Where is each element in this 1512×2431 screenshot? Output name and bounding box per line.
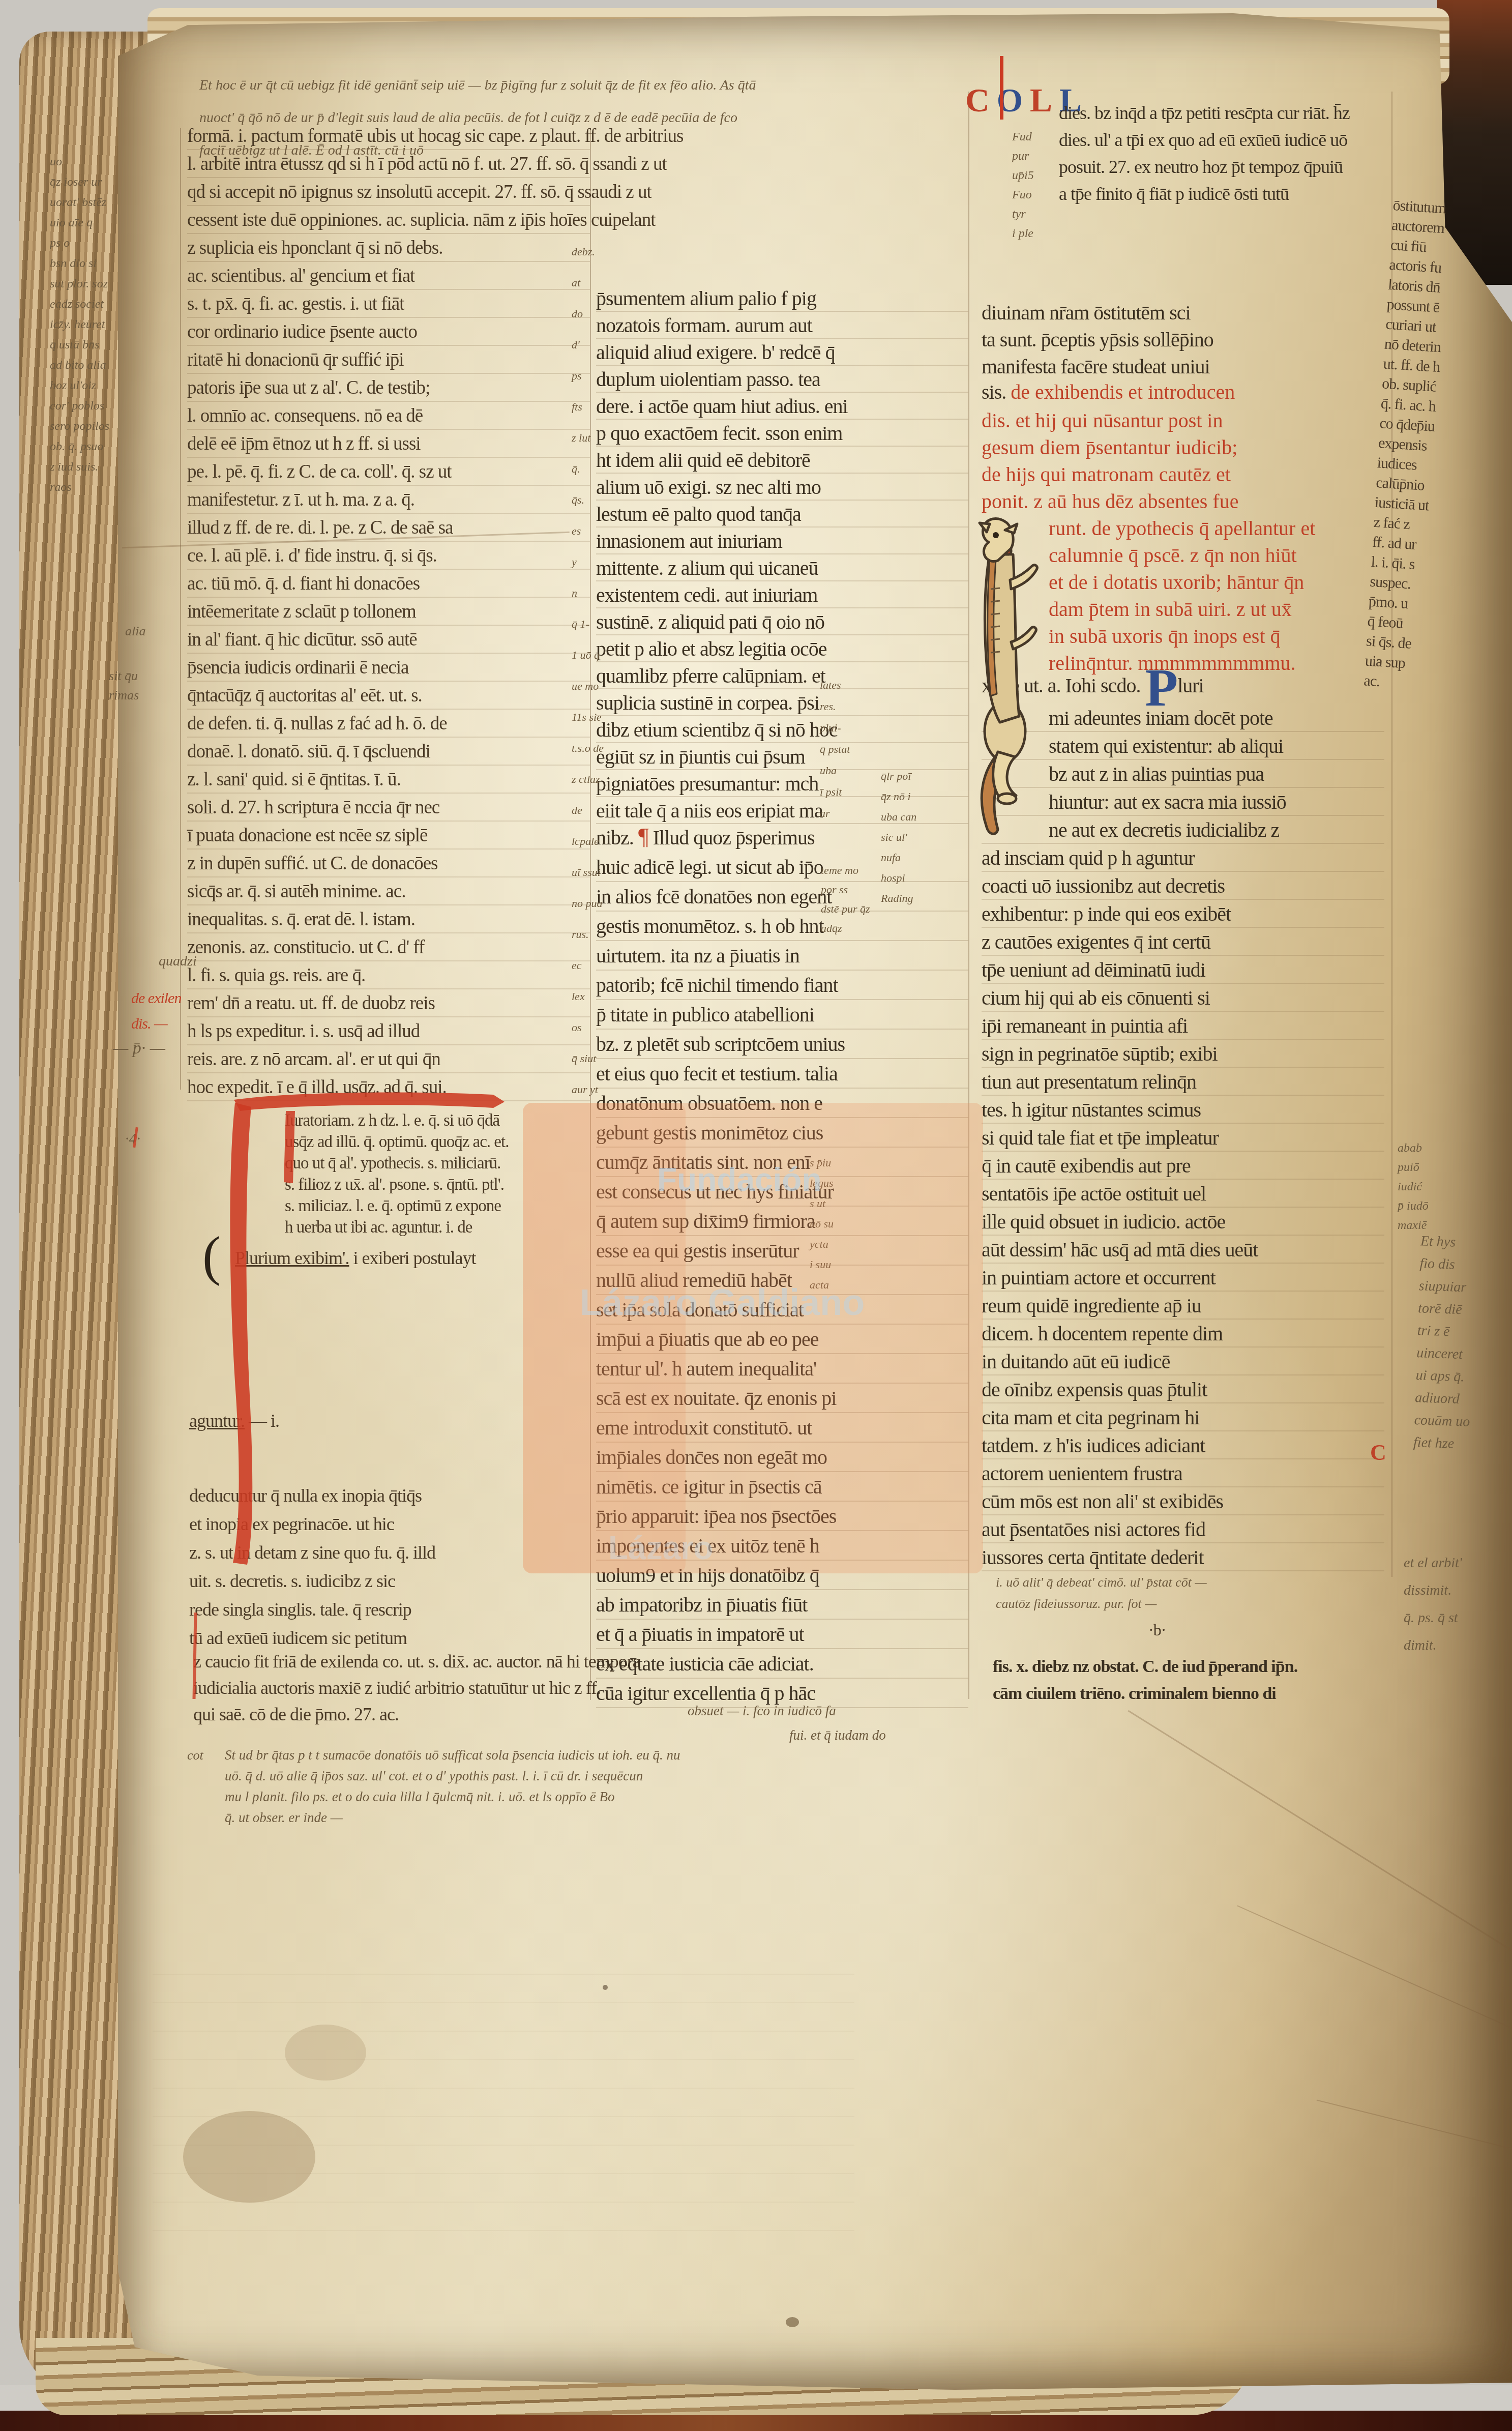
manuscript-text-line: manifestetur. z ī. ut h. ma. z a. q̄. bbox=[187, 486, 590, 514]
right-column-intro: dies. bz inq̄d a tp̄z petiti resc̄pta cu… bbox=[1059, 100, 1350, 208]
right-column-bottom-lines: fis. x. diebz nz obstat. C. de iud p̄per… bbox=[993, 1653, 1297, 1707]
manuscript-text-line: formā. i. pactum formatē ubis ut hocag s… bbox=[187, 122, 590, 150]
manuscript-text-line: q̄. bbox=[572, 453, 604, 484]
manuscript-text-line: s p̄iu bbox=[810, 1153, 834, 1173]
manuscript-text-line: reum quidē ingrediente ap̄ iu bbox=[982, 1292, 1384, 1320]
manuscript-text-line: diuinam nr̄am ōstitutēm sci bbox=[982, 299, 1384, 326]
manuscript-text-line: si quid tale fiat et tp̄e impleatur bbox=[982, 1124, 1384, 1152]
manuscript-text-line: patorib; fcē nichil timendo fiant bbox=[596, 971, 968, 1000]
manuscript-text-line: i suu bbox=[810, 1254, 834, 1275]
manuscript-text-line: tatdem. z h'is iudices adiciant bbox=[982, 1431, 1384, 1459]
manuscript-text-line: coacti uō iussionibz aut decretis bbox=[982, 872, 1384, 900]
manuscript-text-line: lex bbox=[572, 981, 604, 1012]
b-mark: ·b· bbox=[1148, 1621, 1166, 1639]
manuscript-text-line: uo bbox=[50, 152, 109, 172]
manuscript-text-line: abab bbox=[1398, 1138, 1429, 1158]
manuscript-text-line: nullū aliud remediū habēt bbox=[596, 1266, 968, 1295]
left-margin-gloss-cluster: uoq̄z ioser uruorat' bstēzuio aīe q̄ps o… bbox=[50, 152, 109, 497]
manuscript-text-line: z in dupēn suffić. ut C. de donacōes bbox=[187, 850, 590, 877]
manuscript-text-line: ob. suplić bbox=[1381, 373, 1439, 397]
manuscript-text-line: do bbox=[572, 298, 604, 329]
manuscript-text-line: bsn dio si bbox=[50, 253, 109, 274]
manuscript-text-line: imp̄iales donc̄es non egeāt mo bbox=[596, 1443, 968, 1472]
manuscript-text-line: actoris fu bbox=[1388, 255, 1446, 278]
manuscript-text-line: aliquid aliud exigere. b' redcē q̄ bbox=[596, 339, 968, 366]
left-margin-red-note: de exilendis. — bbox=[131, 986, 181, 1037]
manuscript-text-line: in puintiam actore et occurrent bbox=[982, 1264, 1384, 1292]
ink-bracket: ( bbox=[202, 1225, 220, 1288]
manuscript-text-line: es bbox=[572, 515, 604, 546]
manuscript-text-line: nō deterin bbox=[1384, 334, 1442, 357]
manuscript-text-line: rimas bbox=[109, 686, 139, 705]
manuscript-text-line: at bbox=[572, 267, 604, 298]
manuscript-text-line: nufa bbox=[881, 847, 916, 868]
manuscript-text-line: iudić bbox=[1398, 1177, 1429, 1196]
manuscript-text-line: de bbox=[572, 795, 604, 826]
manuscript-text-line: ac. tiū mō. q̄. d. fiant hi donacōes bbox=[187, 570, 590, 598]
manuscript-text-line: donaē. l. donatō. siū. q̄. ī q̄scluendi bbox=[187, 738, 590, 766]
manuscript-text-line: de hijs qui matronam cautēz et bbox=[982, 461, 1384, 488]
manuscript-text-line: manifesta facēre studeat uniui bbox=[982, 353, 1384, 380]
manuscript-text-line: ille quid obsuet in iudicio. actōe bbox=[982, 1208, 1384, 1236]
manuscript-text-line: est consecus ut nec hys finiatur bbox=[596, 1177, 968, 1207]
manuscript-text-line: uia sup bbox=[1365, 651, 1422, 674]
manuscript-text-line: de exilen bbox=[131, 986, 181, 1011]
ink-showthrough bbox=[153, 1974, 854, 2259]
manuscript-text-line: p̄rio apparuit: ip̄ea nos p̄sectōes bbox=[596, 1502, 968, 1531]
red-bracket bbox=[224, 1087, 529, 1575]
manuscript-text-line: cūa igitur excellentia q̄ p hāc bbox=[596, 1679, 968, 1708]
manuscript-text-line: p̄mo. u bbox=[1368, 592, 1426, 615]
manuscript-text-line: p̄sumentem alium palio f pig bbox=[596, 285, 968, 312]
manuscript-text-line: ps o bbox=[50, 233, 109, 253]
manuscript-text-line: et q̄ a p̄iuatis in impatorē ut bbox=[596, 1620, 968, 1649]
manuscript-text-line: ff. ad ur bbox=[1372, 532, 1430, 555]
manuscript-text-line: ad bito alia bbox=[50, 355, 109, 375]
manuscript-text-line: fio dis bbox=[1419, 1252, 1476, 1277]
manuscript-text-line: ec bbox=[572, 950, 604, 981]
manuscript-text-line: ex eq̄tate iusticia cāe adiciat. bbox=[596, 1649, 968, 1679]
manuscript-text-line: cessent iste duē oppiniones. ac. suplici… bbox=[187, 206, 590, 234]
manuscript-text-line: sic ul' bbox=[881, 827, 916, 847]
manuscript-text-line: ī psit bbox=[820, 781, 850, 803]
manuscript-text-line: existentem cedi. aut iniuriam bbox=[596, 581, 968, 608]
manuscript-text-line: sut plor. soz bbox=[50, 274, 109, 294]
manuscript-text-line: dicem. h docentem repente dim bbox=[982, 1320, 1384, 1348]
manuscript-text-line: eme introduxit constitutō. ut bbox=[596, 1413, 968, 1443]
manuscript-text-line: fiet hze bbox=[1413, 1431, 1469, 1456]
manuscript-text-line: ponit. z aū hus dēz absentes fue bbox=[982, 488, 1384, 515]
manuscript-text-line: q̄. fi. ac. h bbox=[1380, 393, 1438, 417]
manuscript-text-line: 1 uō q̄ bbox=[572, 639, 604, 670]
manuscript-text-line: uirtutem. ita nz a p̄iuatis in bbox=[596, 941, 968, 971]
manuscript-text-line: auctorem bbox=[1391, 215, 1449, 239]
manuscript-text-line: up̄i5 bbox=[1012, 166, 1034, 185]
manuscript-text-line: dis. — bbox=[131, 1011, 181, 1037]
manuscript-text-line: q̄ ustā bn̄s bbox=[50, 335, 109, 355]
manuscript-text-line: si q̄s. de bbox=[1366, 631, 1424, 654]
manuscript-text-line: l. i. q̄i. s bbox=[1371, 552, 1429, 575]
manuscript-text-line: alium uō exigi. sz nec alti mo bbox=[596, 474, 968, 501]
bottom-wide-lines: z caucio fit friā de exilenda co. ut. s.… bbox=[193, 1648, 640, 1727]
manuscript-text-line: q̄z nō i bbox=[881, 786, 916, 807]
manuscript-text-line: gestis monumētoz. s. h ob hnt bbox=[596, 912, 968, 941]
bottom-gloss-block: St ud br q̄tas p t t sumacōe donatōis uō… bbox=[225, 1745, 680, 1828]
manuscript-text-line: i. uō alit' q̄ debeat' cimō. ul' p̄stat … bbox=[996, 1572, 1207, 1593]
manuscript-text-line: s ut bbox=[810, 1193, 834, 1214]
manuscript-text-line: cita mam et cita pegrinam hi bbox=[982, 1403, 1384, 1431]
left-text-column: formā. i. pactum formatē ubis ut hocag s… bbox=[187, 122, 590, 1101]
manuscript-text-line: ycta bbox=[810, 1234, 834, 1254]
manuscript-text-line: ī puata donacione est ncēe sz siplē bbox=[187, 822, 590, 850]
manuscript-text-line: q̄lr poī bbox=[881, 766, 916, 786]
left-margin-monogram: — p̄· — bbox=[113, 1039, 165, 1058]
manuscript-text-line: imp̄ui a p̄iuatis que ab eo pee bbox=[596, 1325, 968, 1354]
manuscript-text-line: tyr bbox=[1012, 204, 1034, 224]
manuscript-text-line: sit q̄u bbox=[109, 666, 139, 686]
manuscript-text-line: tes. h igitur nūstantes scimus bbox=[982, 1096, 1384, 1124]
manuscript-text-line: lcpale bbox=[572, 826, 604, 857]
manuscript-text-line: cautōz fideiussoruz. pur. fot — bbox=[996, 1593, 1207, 1615]
manuscript-text-line: q̄ 1- bbox=[572, 608, 604, 639]
manuscript-text-line: debz. bbox=[572, 236, 604, 267]
manuscript-text-line: illud z ff. de re. di. l. pe. z C. de sa… bbox=[187, 514, 590, 542]
manuscript-text-line: inequalitas. s. q̄. erat dē. l. istam. bbox=[187, 905, 590, 933]
manuscript-text-line: adq̄z bbox=[821, 919, 870, 938]
red-pilcrow: ¶ bbox=[638, 824, 648, 850]
manuscript-text-line: q̄z ioser ur bbox=[50, 172, 109, 192]
manuscript-text-line: q̄ pstat bbox=[820, 739, 850, 760]
manuscript-text-line: h ls ps expeditur. i. s. usq̄ ad illud bbox=[187, 1017, 590, 1045]
manuscript-text-line: ip̄i remaneant in puintia afi bbox=[982, 1012, 1384, 1040]
manuscript-text-line: p̄ iudō bbox=[1398, 1196, 1429, 1216]
manuscript-text-line: q̄ siut bbox=[572, 1043, 604, 1074]
left-margin-note-sit: sit q̄urimas bbox=[109, 666, 139, 705]
manuscript-text-line: raos bbox=[50, 477, 109, 497]
manuscript-text-line: sentatōis ip̄e actōe ostituit uel bbox=[982, 1180, 1384, 1208]
manuscript-text-line: et el arbit' bbox=[1404, 1549, 1462, 1577]
manuscript-text-line: l. arbitē intra ētussz qd si h ī pōd act… bbox=[187, 150, 590, 178]
manuscript-text-line: iudicialia auctoris maxiē z iudić arbitr… bbox=[193, 1675, 640, 1701]
manuscript-text-line: uō su bbox=[810, 1214, 834, 1234]
manuscript-text-line: cor' poblos bbox=[50, 396, 109, 416]
manuscript-text-line: s. t. px̄. q̄. fi. ac. gestis. i. ut fiā… bbox=[187, 290, 590, 318]
gutter-gloss-cluster: q̄lr poīq̄z nō iuba cansic ul'nufahospiR… bbox=[881, 766, 916, 909]
manuscript-text-line: innasionem aut iniuriam bbox=[596, 528, 968, 554]
middle-text-column-rest: huic adicē legi. ut sicut ab ip̄oin alio… bbox=[596, 853, 968, 1708]
manuscript-text-line: Fud bbox=[1012, 127, 1034, 147]
manuscript-text-line: q̄ autem sup dix̄im9 firmiora bbox=[596, 1207, 968, 1236]
manuscript-text-line: adiuord bbox=[1414, 1387, 1471, 1411]
manuscript-text-line: pur bbox=[1012, 147, 1034, 166]
manuscript-text-line: nimētis. ce igitur in p̄sectis cā bbox=[596, 1472, 968, 1502]
manuscript-text-line: uolum9 et in hijs donatōibz q̄ bbox=[596, 1561, 968, 1590]
manuscript-text-line: uinceret bbox=[1416, 1342, 1472, 1366]
manuscript-text-line: dibz etium scientibz q̄ si nō hoc bbox=[596, 716, 968, 743]
manuscript-text-line: calūp̄nio bbox=[1375, 473, 1433, 496]
manuscript-text-line: icz̄y. heuret bbox=[50, 314, 109, 335]
manuscript-text-line: siupuiar bbox=[1418, 1275, 1475, 1299]
manuscript-text-line: latoris dn̄ bbox=[1387, 275, 1445, 298]
manuscript-text-line: hoz ul'oiz bbox=[50, 375, 109, 396]
manuscript-text-line: sustinē. z aliquid pati q̄ oio nō bbox=[596, 608, 968, 635]
manuscript-text-line: couām uo bbox=[1414, 1409, 1470, 1433]
manuscript-text-line: uba bbox=[820, 760, 850, 781]
column-rule bbox=[968, 92, 969, 1699]
manuscript-text-line: q̄ in cautē exibendis aut pre bbox=[982, 1152, 1384, 1180]
line-text: luri bbox=[1177, 674, 1204, 697]
manuscript-text-line: uī ssui bbox=[572, 857, 604, 888]
manuscript-text-line: l. fi. s. quia gs. reis. are q̄. bbox=[187, 961, 590, 989]
manuscript-text-line: lestum eē palto quod tanq̄a bbox=[596, 501, 968, 528]
manuscript-text-line: St ud br q̄tas p t t sumacōe donatōis uō… bbox=[225, 1745, 680, 1766]
manuscript-text-line: Rading bbox=[881, 888, 916, 909]
manuscript-text-line: teme mo bbox=[821, 861, 870, 880]
manuscript-text-line: gesum diem p̄sentantur iudicib; bbox=[982, 434, 1384, 461]
manuscript-text-line: a tp̄e finito q̄ fiāt p iudicē ōsti tutū bbox=[1059, 181, 1350, 208]
manuscript-text-line: legus bbox=[810, 1173, 834, 1193]
manuscript-text-line: z ctlaz bbox=[572, 764, 604, 795]
gutter-gloss-cluster: teme mopor ssdstē pur q̄zadq̄z bbox=[821, 861, 870, 938]
manuscript-text-line: l. omnīo ac. consequens. nō ea dē bbox=[187, 402, 590, 430]
manuscript-text-line: ab impatoribz in p̄iuatis fiūt bbox=[596, 1590, 968, 1620]
column-rule bbox=[180, 128, 181, 1090]
manuscript-text-line: pe. l. pē. q̄. fi. z C. de ca. coll'. q̄… bbox=[187, 458, 590, 486]
header-red-stroke bbox=[1000, 56, 1003, 120]
manuscript-text-line: iudices bbox=[1377, 453, 1435, 476]
manuscript-text-line: tiun aut presentatum relinq̄n bbox=[982, 1068, 1384, 1096]
manuscript-text-line: ce. l. aū plē. i. d' fide instru. q̄. si… bbox=[187, 542, 590, 570]
manuscript-text-line: delē eē ip̄m ētnoz ut h z ff. si ussi bbox=[187, 430, 590, 458]
manuscript-text-line: ut. ff. de h bbox=[1383, 354, 1441, 377]
manuscript-text-line: actorem uenientem frustra bbox=[982, 1459, 1384, 1487]
manuscript-text-line: cūm mōs est non ali' st exibidēs bbox=[982, 1487, 1384, 1515]
manuscript-text-line: por ss bbox=[821, 880, 870, 899]
right-margin-notes: et el arbit'dissimit.q̄. ps. q̄ stdimit. bbox=[1404, 1549, 1462, 1659]
rubric-start-line: sis. de exhibendis et introducen bbox=[982, 380, 1235, 404]
manuscript-text-line: cor ordinario iudice p̄sente aucto bbox=[187, 318, 590, 346]
manuscript-text-line: uorat' bstēz bbox=[50, 192, 109, 213]
manuscript-text-line: patoris ip̄e sua ut z al'. C. de testib; bbox=[187, 374, 590, 402]
manuscript-text-line: q̄ feoū bbox=[1367, 611, 1425, 634]
manuscript-text-line: ac. scientibus. al' gencium et fiat bbox=[187, 262, 590, 290]
manuscript-text-line: sign in pegrinatōe sūptib; exibi bbox=[982, 1040, 1384, 1068]
cot-mark: cot bbox=[187, 1748, 203, 1763]
manuscript-text-line: ht idem alii quid eē debitorē bbox=[596, 447, 968, 474]
manuscript-text-line: p quo exactōem fecit. sson enim bbox=[596, 420, 968, 447]
manuscript-text-line: d' bbox=[572, 329, 604, 360]
manuscript-text-line: ōstitutum bbox=[1392, 195, 1450, 219]
manuscript-text-line: torē diē bbox=[1418, 1297, 1474, 1322]
manuscript-text-line: i ple bbox=[1012, 224, 1034, 243]
manuscript-text-line: Fuo bbox=[1012, 185, 1034, 204]
manuscript-text-line: in al' fiant. q̄ hic dicūtur. ssō autē bbox=[187, 626, 590, 654]
manuscript-text-line: rem' dn̄ a reatu. ut. ff. de duobz reis bbox=[187, 989, 590, 1017]
manuscript-text-line: petit p alio et absz legitia ocōe bbox=[596, 635, 968, 662]
manuscript-text-line: ps bbox=[572, 360, 604, 391]
manuscript-text-line: rede singla singlis. tale. q̄ rescrip bbox=[189, 1595, 435, 1624]
manuscript-text-line: iussores certa q̄ntitate dederit bbox=[982, 1543, 1384, 1571]
right-margin-gloss-cluster: ababpuiōiudićp̄ iudōmaxiē bbox=[1398, 1138, 1429, 1235]
gutter-gloss-cluster: s p̄iuleguss utuō suyctai suuacta bbox=[810, 1153, 834, 1295]
manuscript-text-line: z suplicia eis hponclant q̄ si nō debs. bbox=[187, 234, 590, 262]
manuscript-text-line: ob. q̄. psuo bbox=[50, 436, 109, 457]
manuscript-text-line: ac. bbox=[1363, 670, 1421, 694]
manuscript-text-line: co q̄dep̄iu bbox=[1379, 413, 1437, 436]
manuscript-text-line: imponentes ei ex uitōz tenē h bbox=[596, 1531, 968, 1561]
manuscript-text-line: acta bbox=[810, 1275, 834, 1295]
manuscript-text-line: rus. bbox=[572, 919, 604, 950]
manuscript-text-line: z lut bbox=[572, 422, 604, 453]
manuscript-text-line: mu l planit. filo ps. et o do cuia lilla… bbox=[225, 1786, 680, 1807]
manuscript-text-line: Et hys bbox=[1420, 1230, 1476, 1254]
manuscript-text-line: lates bbox=[820, 675, 850, 696]
manuscript-text-line: ta sunt. p̄ceptis yp̄sis sollēp̄ino bbox=[982, 326, 1384, 353]
line-text: Illud quoz p̄sperimus bbox=[648, 826, 815, 849]
manuscript-text-line: res. bbox=[820, 696, 850, 717]
manuscript-text-line: mittente. z alium qui uicaneū bbox=[596, 554, 968, 581]
manuscript-text-line: expensis bbox=[1378, 433, 1436, 456]
red-paragraph-mark: C bbox=[1370, 1440, 1386, 1466]
rubric-text: de exhibendis et introducen bbox=[1011, 380, 1235, 403]
manuscript-text-line: 11s sie bbox=[572, 701, 604, 733]
manuscript-text-line: n bbox=[572, 577, 604, 608]
manuscript-text-line: suplicia sustinē in corpea. p̄si bbox=[596, 689, 968, 716]
manuscript-text-line: qd si accepit nō ipignus sz insolutū acc… bbox=[187, 178, 590, 206]
manuscript-text-line: ritatē hi donacionū q̄r suffić ip̄i bbox=[187, 346, 590, 374]
manuscript-text-line: sero popilos bbox=[50, 416, 109, 436]
manuscript-text-line: ar bbox=[820, 803, 850, 824]
manuscript-text-line: quamlibz pferre calūpniam. et bbox=[596, 662, 968, 689]
manuscript-text-line: intēemeritate z sclaūt p tollonem bbox=[187, 598, 590, 626]
manuscript-text-line: uba can bbox=[881, 807, 916, 827]
manuscript-text-line: ue mo bbox=[572, 670, 604, 701]
manuscript-text-line: aur yt bbox=[572, 1074, 604, 1105]
manuscript-text-line: eadz societ bbox=[50, 294, 109, 314]
manuscript-text-line: possunt ē bbox=[1386, 295, 1444, 318]
manuscript-text-line: os bbox=[572, 1012, 604, 1043]
manuscript-text-line: qui saē. cō de die p̄mo. 27. ac. bbox=[193, 1701, 640, 1727]
manuscript-text-line: uio aīe q̄ bbox=[50, 213, 109, 233]
manuscript-text-line: q̄. ps. q̄ st bbox=[1404, 1604, 1462, 1632]
dog-drollery-figure bbox=[964, 513, 1052, 842]
manuscript-text-line: dere. i actōe quam hiut adius. eni bbox=[596, 393, 968, 420]
manuscript-text-line: z. l. sani' quid. si ē q̄ntitas. ī. ū. bbox=[187, 766, 590, 794]
manuscript-text-line: dissimit. bbox=[1404, 1577, 1462, 1604]
manuscript-text-line: duplum uiolentiam passo. tea bbox=[596, 366, 968, 393]
manuscript-text-line: q̄s. bbox=[572, 484, 604, 515]
middle-column-pilcrow-line: nibz. ¶ Illud quoz p̄sperimus bbox=[596, 823, 814, 850]
gutter-gloss-cluster: latesres.plui-q̄ pstatubaī psitar bbox=[820, 675, 850, 824]
manuscript-text-line: curiari ut bbox=[1385, 314, 1443, 338]
manuscript-text-line: de oīnibz expensis quas p̄tulit bbox=[982, 1375, 1384, 1403]
manuscript-text-line: q̄ntacūq̄z q̄ auctoritas al' eēt. ut. s. bbox=[187, 682, 590, 710]
manuscript-text-line: esse ea qui gestis inserūtur bbox=[596, 1236, 968, 1266]
manuscript-text-line: iusticiā ut bbox=[1374, 492, 1432, 516]
manuscript-text-line: et eius quo fecit et testium. talia bbox=[596, 1059, 968, 1089]
middle-text-column-top: p̄sumentem alium palio f pignozatois for… bbox=[596, 285, 968, 824]
manuscript-text-line: reis. are. z nō arcam. al'. er ut qui q̄… bbox=[187, 1045, 590, 1073]
manuscript-text-line: aut p̄sentatōes nisi actores fid bbox=[982, 1515, 1384, 1543]
manuscript-text-line: plui- bbox=[820, 717, 850, 739]
manuscript-text-line: z cautōes exigentes q̄ int certū bbox=[982, 928, 1384, 956]
parchment-speck bbox=[786, 2317, 799, 2327]
manuscript-text-line: cium hij qui ab eis cōnuenti si bbox=[982, 984, 1384, 1012]
manuscript-text-line: posuit. 27. ex neutro hoz p̄t tempoz q̄p… bbox=[1059, 154, 1350, 181]
manuscript-text-line: zenonis. az. constitucio. ut C. d' ff bbox=[187, 933, 590, 961]
manuscript-text-line: z fać z bbox=[1373, 512, 1431, 536]
manuscript-text-line: hospi bbox=[881, 868, 916, 888]
manuscript-text-line: uō. q̄ d. uō alie q̄ ip̄os saz. ul' cot.… bbox=[225, 1766, 680, 1786]
manuscript-text-line: dstē pur q̄z bbox=[821, 899, 870, 919]
manuscript-text-line: tri z ē bbox=[1417, 1320, 1473, 1344]
manuscript-text-line: de defen. ti. q̄. nullas z fać ad h. ō. … bbox=[187, 710, 590, 738]
manuscript-text-line: t.s.o de bbox=[572, 733, 604, 764]
manuscript-text-line: ui aps q̄. bbox=[1415, 1364, 1472, 1389]
manuscript-text-line: dies. ul' a tp̄i ex quo ad eū exūeū iudi… bbox=[1059, 127, 1350, 154]
manuscript-text-line: z caucio fit friā de exilenda co. ut. s.… bbox=[193, 1648, 640, 1675]
manuscript-text-line: y bbox=[572, 546, 604, 577]
manuscript-text-line: p̄ titate in publico atabellioni bbox=[596, 1000, 968, 1030]
bottom-cursive-note: fui. et q̄ iudam do bbox=[789, 1727, 886, 1743]
manuscript-text-line: nozatois formam. aurum aut bbox=[596, 312, 968, 339]
manuscript-photo: COLL Et hoc ē ur q̄t cū uebigz fit idē g… bbox=[0, 0, 1512, 2431]
manuscript-text-line: bz. z pletēt sub scriptcōem unius bbox=[596, 1030, 968, 1059]
manuscript-text-line: Et hoc ē ur q̄t cū uebigz fit idē geniān… bbox=[199, 69, 756, 102]
header-letter: L bbox=[1030, 82, 1059, 119]
manuscript-text-line: scā est ex nouitate. q̄z enonis pi bbox=[596, 1384, 968, 1413]
manuscript-text-line: suspec. bbox=[1369, 572, 1427, 595]
manuscript-text-line: tp̄e ueniunt ad dēiminatū iudi bbox=[982, 956, 1384, 984]
manuscript-text-line: fis. x. diebz nz obstat. C. de iud p̄per… bbox=[993, 1653, 1297, 1680]
manuscript-text-line: no pua bbox=[572, 888, 604, 919]
left-margin-note-quadri: quadzi bbox=[159, 953, 197, 970]
manuscript-text-line: dies. bz inq̄d a tp̄z petiti resc̄pta cu… bbox=[1059, 100, 1350, 127]
manuscript-text-line: donatōnum obsuatōem. non e bbox=[596, 1089, 968, 1118]
right-column-cursive-addition: i. uō alit' q̄ debeat' cimō. ul' p̄stat … bbox=[996, 1572, 1207, 1615]
gutter-gloss-cluster: Fudpurup̄i5Fuotyri ple bbox=[1012, 127, 1034, 243]
manuscript-text-line: soli. d. 27. h scriptura ē nccia q̄r nec bbox=[187, 794, 590, 822]
manuscript-text-line: cumq̄z āntitatis sint. non enī bbox=[596, 1148, 968, 1177]
manuscript-text-line: exhibentur: p inde qui eos exibēt bbox=[982, 900, 1384, 928]
manuscript-text-line: gebunt gestis monimētoz cius bbox=[596, 1118, 968, 1148]
manuscript-text-line: in duitando aūt eū iudicē bbox=[982, 1348, 1384, 1375]
manuscript-text-line: puiō bbox=[1398, 1158, 1429, 1177]
manuscript-text-line: sicq̄s ar. q̄. si autēh minime. ac. bbox=[187, 877, 590, 905]
line-text: sis. bbox=[982, 380, 1011, 403]
manuscript-text-line: set ip̄a sola donatō sufficiat bbox=[596, 1295, 968, 1325]
manuscript-text-line: cui fiū bbox=[1390, 235, 1448, 258]
manuscript-text-line: q̄. ut obser. er inde — bbox=[225, 1807, 680, 1828]
manuscript-text-line: fts bbox=[572, 391, 604, 422]
manuscript-text-line: aūt dessim' hāc usq̄ ad mtā dies ueūt bbox=[982, 1236, 1384, 1264]
manuscript-text-line: z iud suis. bbox=[50, 457, 109, 477]
header-letter: C bbox=[965, 82, 997, 119]
manuscript-text-line: dimit. bbox=[1404, 1632, 1462, 1659]
right-margin-ethys-column: Et hysfio dissiupuiartorē diētri z ēuinc… bbox=[1413, 1230, 1476, 1456]
manuscript-text-line: p̄sencia iudicis ordinarii ē necia bbox=[187, 654, 590, 682]
right-text-column-top: diuinam nr̄am ōstitutēm scita sunt. p̄ce… bbox=[982, 299, 1384, 380]
manuscript-text-line: ad insciam quid p h aguntur bbox=[982, 844, 1384, 872]
manuscript-text-line: tentur ul'. h autem inequalita' bbox=[596, 1354, 968, 1384]
manuscript-text-line: dis. et hij qui nūsantur post in bbox=[982, 407, 1384, 434]
manuscript-text-line: cām ciuilem triēno. criminalem bienno di bbox=[993, 1680, 1297, 1707]
gutter-gloss-strip: debz.atdod'psftsz lutq̄.q̄s.esynq̄ 1-1 u… bbox=[572, 236, 604, 1105]
left-margin-note-alia: alia bbox=[125, 624, 145, 639]
